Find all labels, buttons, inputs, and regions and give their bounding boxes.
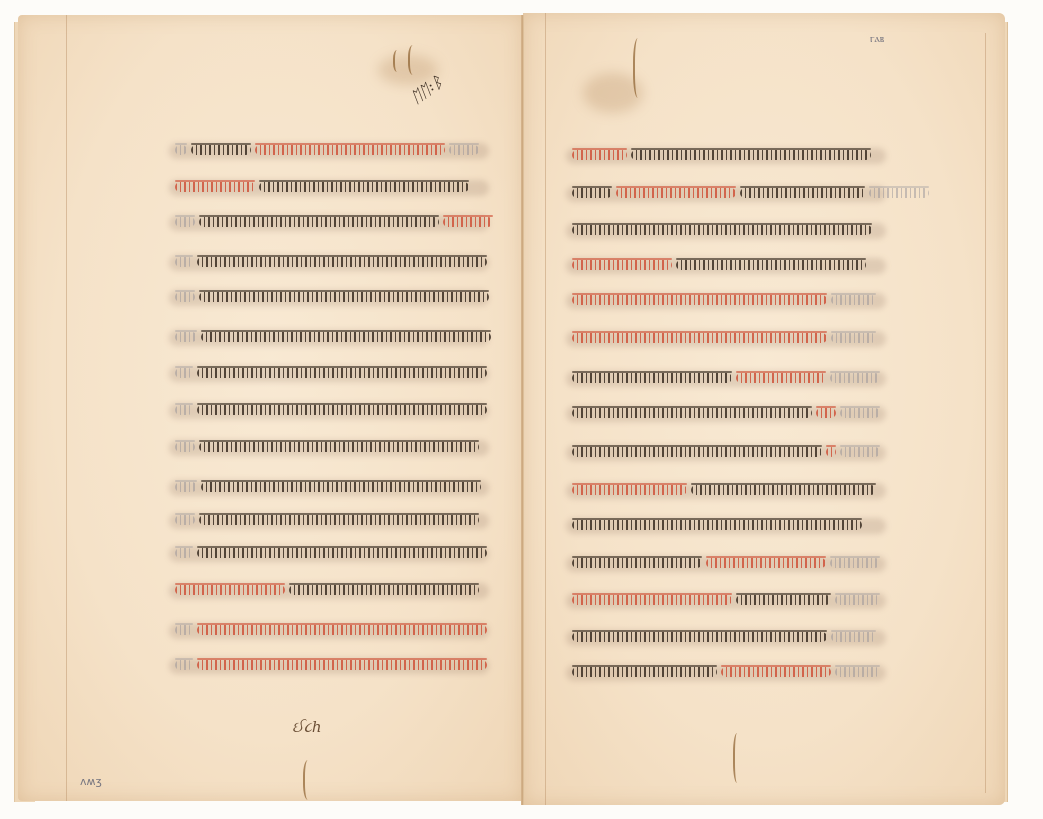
black-ink-text-segment [201, 482, 481, 492]
black-ink-text-segment [197, 257, 487, 267]
faint-ink-text-segment [175, 515, 195, 525]
red-ink-text-segment [572, 150, 627, 160]
black-ink-text-segment [197, 368, 487, 378]
pencil-mark-top-right: ⲅⲁⲃ [870, 32, 884, 46]
manuscript-line [175, 438, 479, 456]
black-ink-text-segment [572, 558, 702, 568]
manuscript-line [572, 481, 876, 499]
manuscript-line [572, 184, 929, 202]
faint-ink-text-segment [175, 257, 193, 267]
red-ink-text-segment [706, 558, 826, 568]
manuscript-line [572, 256, 866, 274]
left-page-fold-line [66, 15, 67, 801]
manuscript-line [175, 141, 479, 159]
black-ink-text-segment [199, 515, 479, 525]
faint-ink-text-segment [175, 332, 197, 342]
faint-ink-text-segment [175, 625, 193, 635]
manuscript-line [572, 591, 880, 609]
faint-ink-text-segment [175, 660, 193, 670]
faint-ink-text-segment [175, 292, 195, 302]
faint-ink-text-segment [830, 558, 880, 568]
faint-ink-text-segment [835, 595, 880, 605]
manuscript-line [572, 369, 880, 387]
manuscript-line [572, 291, 876, 309]
manuscript-line [175, 213, 493, 231]
manuscript-line [572, 443, 880, 461]
pencil-mark-bottom-left: ʌʍʒ [80, 775, 102, 788]
red-ink-text-segment [572, 333, 827, 343]
faint-ink-text-segment [175, 482, 197, 492]
faint-ink-text-segment [175, 368, 193, 378]
faint-ink-text-segment [175, 405, 193, 415]
bottom-center-note: ઈ૮h [292, 718, 322, 736]
black-ink-text-segment [289, 585, 479, 595]
black-ink-text-segment [197, 405, 487, 415]
faint-ink-text-segment [840, 447, 880, 457]
black-ink-text-segment [259, 182, 469, 192]
right-page-edge-line [985, 33, 986, 793]
faint-ink-text-segment [830, 373, 880, 383]
black-ink-text-segment [676, 260, 866, 270]
manuscript-line [175, 656, 487, 674]
red-ink-text-segment [197, 625, 487, 635]
manuscript-line [572, 221, 872, 239]
red-ink-text-segment [816, 408, 836, 418]
worm-trail [393, 50, 403, 72]
worm-trail [733, 733, 743, 783]
black-ink-text-segment [191, 145, 251, 155]
black-ink-text-segment [572, 447, 822, 457]
manuscript-line [175, 178, 469, 196]
manuscript-line [175, 478, 481, 496]
worm-trail [303, 760, 315, 800]
red-ink-text-segment [443, 217, 493, 227]
red-ink-text-segment [255, 145, 445, 155]
black-ink-text-segment [199, 292, 489, 302]
faint-ink-text-segment [831, 333, 876, 343]
black-ink-text-segment [572, 632, 827, 642]
red-ink-text-segment [572, 295, 827, 305]
black-ink-text-segment [572, 188, 612, 198]
book-spine-gutter [521, 15, 524, 805]
red-ink-text-segment [572, 260, 672, 270]
faint-ink-text-segment [175, 217, 195, 227]
manuscript-line [175, 581, 479, 599]
faint-ink-text-segment [175, 548, 193, 558]
manuscript-line [175, 253, 487, 271]
faint-ink-text-segment [840, 408, 880, 418]
manuscript-line [572, 663, 880, 681]
manuscript-line [572, 329, 876, 347]
black-ink-text-segment [691, 485, 876, 495]
red-ink-text-segment [616, 188, 736, 198]
faint-ink-text-segment [175, 442, 195, 452]
worm-trail [408, 45, 420, 75]
red-ink-text-segment [736, 373, 826, 383]
manuscript-line [572, 628, 876, 646]
black-ink-text-segment [199, 217, 439, 227]
black-ink-text-segment [631, 150, 871, 160]
red-ink-text-segment [826, 447, 836, 457]
faint-ink-text-segment [869, 188, 929, 198]
faint-ink-text-segment [175, 145, 187, 155]
manuscript-line [175, 364, 487, 382]
black-ink-text-segment [201, 332, 491, 342]
black-ink-text-segment [199, 442, 479, 452]
red-ink-text-segment [721, 667, 831, 677]
manuscript-line [175, 401, 487, 419]
red-ink-text-segment [572, 595, 732, 605]
black-ink-text-segment [572, 225, 872, 235]
manuscript-line [175, 621, 487, 639]
worm-trail [633, 38, 645, 98]
black-ink-text-segment [572, 408, 812, 418]
manuscript-line [572, 554, 880, 572]
black-ink-text-segment [572, 667, 717, 677]
faint-ink-text-segment [831, 295, 876, 305]
faint-ink-text-segment [835, 667, 880, 677]
faint-ink-text-segment [449, 145, 479, 155]
red-ink-text-segment [572, 485, 687, 495]
manuscript-line [572, 146, 871, 164]
manuscript-line [572, 404, 880, 422]
manuscript-line [175, 511, 479, 529]
black-ink-text-segment [572, 520, 862, 530]
manuscript-line [175, 288, 489, 306]
red-ink-text-segment [197, 660, 487, 670]
manuscript-line [175, 328, 491, 346]
faint-ink-text-segment [831, 632, 876, 642]
red-ink-text-segment [175, 182, 255, 192]
red-ink-text-segment [175, 585, 285, 595]
right-page-fold-line [545, 13, 546, 805]
manuscript-line [175, 544, 487, 562]
black-ink-text-segment [572, 373, 732, 383]
black-ink-text-segment [736, 595, 831, 605]
black-ink-text-segment [197, 548, 487, 558]
black-ink-text-segment [740, 188, 865, 198]
manuscript-line [572, 516, 862, 534]
